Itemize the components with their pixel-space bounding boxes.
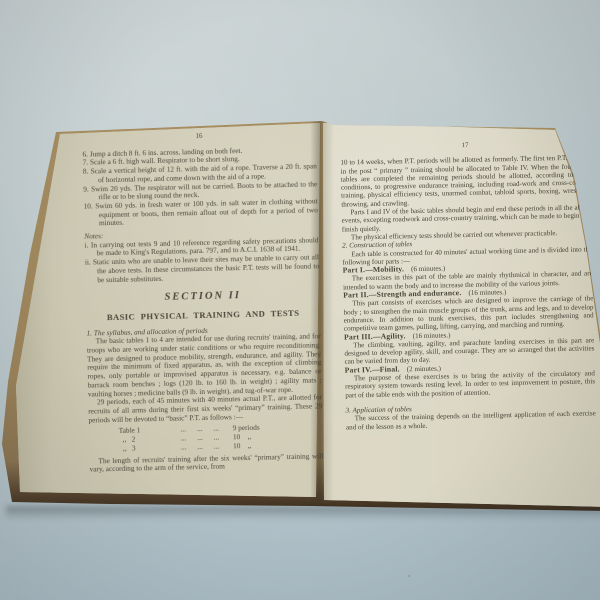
photo-speck [408, 575, 410, 577]
part-text: The purpose of these exercises is to bri… [345, 369, 595, 399]
test-item-number: 8. [83, 167, 89, 176]
note-number: i. [84, 240, 88, 249]
book-photo: 16 6. Jump a ditch 8 ft. 6 ins. across, … [0, 0, 600, 600]
note-text: Static units who are unable to leave the… [93, 252, 319, 283]
test-item-text: Swim 60 yds. in fresh water or 100 yds. … [95, 196, 318, 227]
test-item-number: 10. [84, 201, 93, 210]
table-dots: ... ... ... [167, 442, 233, 452]
open-book: 16 6. Jump a ditch 8 ft. 6 ins. across, … [0, 114, 600, 518]
period-allocation-table: Table 1... ... ...9 periods ,, 2... ... … [119, 423, 292, 453]
paragraph: 29 periods, each of 45 minutes with 40 m… [88, 394, 323, 425]
notes-block: Notes: i. In carrying out tests 9 and 10… [84, 227, 319, 285]
section-heading: SECTION II [86, 291, 320, 305]
note-number: ii. [85, 258, 91, 267]
chapter-heading: BASIC PHYSICAL TRAINING AND TESTS [86, 308, 320, 322]
right-page-text: 17 10 to 14 weeks, when P.T. periods wil… [340, 139, 596, 431]
test-item-number: 9. [83, 184, 89, 193]
part-text: This part consists of exercises which ar… [343, 295, 594, 333]
note-item: ii. Static units who are unable to leave… [85, 253, 320, 284]
paragraph: 10 to 14 weeks, when P.T. periods will b… [340, 154, 591, 209]
table-cell: ,, 3 [119, 444, 167, 454]
left-page-text: 16 6. Jump a ditch 8 ft. 6 ins. across, … [82, 130, 324, 474]
table-cell: 10 ,, [233, 441, 291, 451]
part-duration: (16 minutes.) [413, 331, 451, 340]
test-item: 10. Swim 60 yds. in fresh water or 100 y… [84, 197, 319, 228]
paragraph: The basic tables 1 to 4 are intended for… [87, 333, 322, 399]
